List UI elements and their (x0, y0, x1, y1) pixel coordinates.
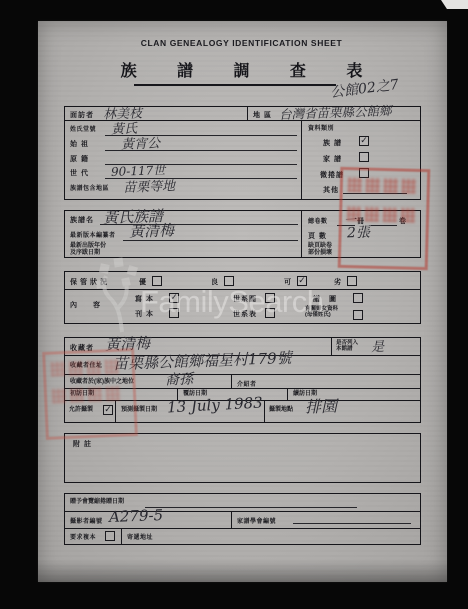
stamp-glyph-row (52, 385, 129, 403)
area-label: 地 區 (253, 110, 272, 120)
position-value: 裔孫 (165, 369, 194, 390)
content-women-checkbox (353, 310, 363, 320)
category-genealogy-checkbox: ✓ (359, 136, 369, 146)
coverage-value: 苗栗等地 (123, 175, 176, 196)
rule (301, 211, 302, 257)
condition-good-label: 良 (211, 277, 219, 287)
surname-label: 姓氏堂號 (70, 124, 96, 133)
registration-box: 贈予會覽縮捲贈日期 攝影者編號 A279-5 家譜學會編號 要求複本 寄遞地址 (64, 493, 421, 545)
content-printed-checkbox (169, 308, 179, 318)
copy-request-label: 要求複本 (70, 532, 96, 541)
rule (121, 528, 122, 544)
content-lineage-table-checkbox (265, 308, 275, 318)
condition-poor-checkbox (347, 276, 357, 286)
interviewer-label: 面訪者 (70, 110, 94, 120)
rule (231, 511, 232, 528)
rule (247, 107, 248, 120)
content-pedigree-checkbox (353, 293, 363, 303)
condition-fair-checkbox: ✓ (297, 276, 307, 286)
category-family-label: 家 譜 (323, 154, 342, 164)
listed-label: 是否列入 本館譜 (336, 340, 358, 352)
ancestor-label: 始 祖 (70, 139, 89, 149)
content-label: 內 容 (70, 300, 107, 310)
scanned-document: CLAN GENEALOGY IDENTIFICATION SHEET 族 譜 … (0, 0, 468, 609)
introducer-label: 介紹者 (237, 379, 257, 388)
rule (123, 240, 298, 241)
notes-label: 附 註 (73, 439, 92, 449)
stamp-glyph-row (348, 177, 422, 194)
origin-label: 原 籍 (70, 154, 89, 164)
condition-excellent-checkbox (152, 276, 162, 286)
rule (65, 528, 420, 529)
condition-poor-label: 劣 (334, 277, 342, 287)
condition-good-checkbox (224, 276, 234, 286)
red-stamp-right (338, 167, 431, 270)
compiler-label: 最新版本編纂者 (70, 230, 116, 239)
content-manuscript-checkbox: ✓ (169, 293, 179, 303)
category-other-label: 其他 (323, 185, 339, 195)
content-lineage-chart-checkbox (265, 293, 275, 303)
condition-label: 保管狀況 (70, 277, 110, 287)
volumes-label: 總卷數 (308, 216, 328, 225)
publication-label: 最新出版年份 及序跋日期 (70, 243, 106, 256)
copy-request-checkbox (105, 531, 115, 541)
category-genealogy-label: 族 譜 (323, 138, 342, 148)
form-header-english: CLAN GENEALOGY IDENTIFICATION SHEET (64, 38, 419, 48)
filming-place-label: 攝製地點 (269, 407, 293, 414)
condition-fair-label: 可 (284, 277, 292, 287)
listed-value: 是 (371, 336, 385, 355)
stamp-glyph-row (51, 358, 128, 376)
condition-content-box: 保管狀況 優 良 可 ✓ 劣 內 容 寫 本 ✓ 刊 本 世系圖 世系表 譜 圖… (64, 271, 421, 324)
coverage-label: 族譜包含地區 (70, 183, 109, 192)
rule (105, 150, 297, 151)
rule (231, 374, 232, 388)
photographer-number-value: A279-5 (109, 506, 164, 526)
scan-shadow (38, 560, 447, 582)
rule (264, 400, 265, 422)
rule (293, 523, 411, 524)
generations-label: 世 代 (70, 168, 89, 178)
category-label: 資料類別 (308, 123, 334, 132)
mailing-address-label: 寄遞地址 (127, 532, 153, 541)
content-printed-label: 刊 本 (135, 309, 154, 319)
condition-excellent-label: 優 (139, 277, 147, 287)
red-stamp-left (42, 348, 138, 440)
category-family-checkbox (359, 152, 369, 162)
title-underline (134, 84, 336, 86)
rule (331, 338, 332, 355)
photographer-number-label: 攝影者編號 (70, 516, 103, 525)
stamp-glyph-row (347, 206, 421, 223)
content-lineage-table-label: 世系表 (233, 309, 257, 319)
filming-date-value: 13 July 1983 (167, 394, 264, 417)
content-women-label: 有關婦女資料 (母僅姓氏) (305, 306, 338, 318)
scan-light-leak (441, 0, 468, 9)
rule (145, 507, 357, 508)
filming-place-value: 排園 (305, 393, 338, 417)
rule (301, 120, 302, 199)
genealogy-title-label: 族譜名 (70, 215, 94, 225)
society-number-label: 家譜學會編號 (237, 516, 276, 525)
content-manuscript-label: 寫 本 (135, 294, 154, 304)
donation-date-label: 贈予會覽縮捲贈日期 (70, 499, 124, 506)
notes-box: 附 註 (64, 433, 421, 483)
missing-pages-label: 缺頁缺卷 部份損壞 (308, 243, 332, 256)
content-lineage-chart-label: 世系圖 (233, 294, 257, 304)
rule (287, 388, 288, 400)
compiler-value: 黃清梅 (129, 219, 175, 242)
content-pedigree-label: 譜 圖 (313, 294, 337, 304)
pages-label: 頁 數 (308, 231, 327, 241)
rule (65, 289, 420, 290)
